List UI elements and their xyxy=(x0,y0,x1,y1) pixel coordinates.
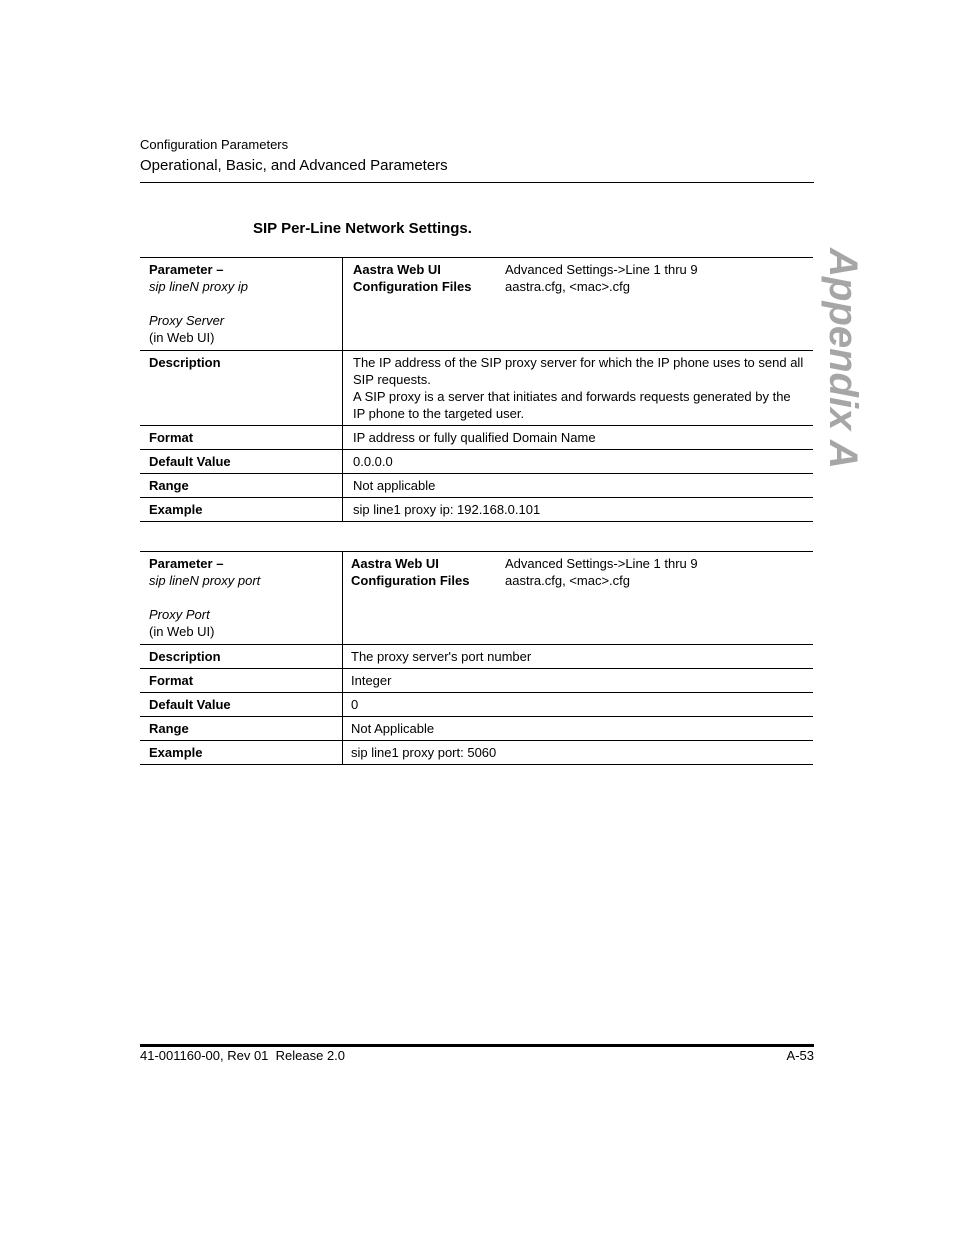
webui-note: (in Web UI) xyxy=(149,329,334,346)
appendix-side-tab: Appendix A xyxy=(822,248,862,468)
row-label: Description xyxy=(140,351,343,426)
parameter-label: Parameter – xyxy=(149,261,334,278)
table-row: Format IP address or fully qualified Dom… xyxy=(140,426,813,450)
row-value: The IP address of the SIP proxy server f… xyxy=(343,351,814,426)
row-value: The proxy server's port number xyxy=(343,645,814,669)
table-row-parameter: Parameter – sip lineN proxy port Proxy P… xyxy=(140,552,813,645)
row-value: Not applicable xyxy=(343,474,814,498)
footer-page-number: A-53 xyxy=(787,1048,814,1063)
description-text: The IP address of the SIP proxy server f… xyxy=(353,354,805,388)
row-value: IP address or fully qualified Domain Nam… xyxy=(343,426,814,450)
row-label: Range xyxy=(140,717,343,741)
table-row: Range Not applicable xyxy=(140,474,813,498)
parameter-label: Parameter – xyxy=(149,555,334,572)
footer-divider xyxy=(140,1044,814,1047)
meta-value-web-ui: Advanced Settings->Line 1 thru 9 xyxy=(505,555,805,572)
row-label: Description xyxy=(140,645,343,669)
table-row: Default Value 0 xyxy=(140,693,813,717)
section-title: SIP Per-Line Network Settings. xyxy=(253,220,472,237)
parameter-name: sip lineN proxy ip xyxy=(149,278,334,295)
parameter-cell: Parameter – sip lineN proxy port Proxy P… xyxy=(140,552,343,645)
parameter-meta-cell: Aastra Web UI Advanced Settings->Line 1 … xyxy=(343,552,814,645)
row-value: sip line1 proxy port: 5060 xyxy=(343,741,814,765)
meta-key-config-files: Configuration Files xyxy=(351,572,505,589)
table-row: Default Value 0.0.0.0 xyxy=(140,450,813,474)
parameter-table-proxy-port: Parameter – sip lineN proxy port Proxy P… xyxy=(140,551,813,765)
table-row: Description The IP address of the SIP pr… xyxy=(140,351,813,426)
row-value: 0.0.0.0 xyxy=(343,450,814,474)
parameter-name: sip lineN proxy port xyxy=(149,572,334,589)
table-row: Description The proxy server's port numb… xyxy=(140,645,813,669)
row-value: Not Applicable xyxy=(343,717,814,741)
table-row-parameter: Parameter – sip lineN proxy ip Proxy Ser… xyxy=(140,258,813,351)
parameter-cell: Parameter – sip lineN proxy ip Proxy Ser… xyxy=(140,258,343,351)
header-section: Operational, Basic, and Advanced Paramet… xyxy=(140,157,448,174)
table-row: Example sip line1 proxy ip: 192.168.0.10… xyxy=(140,498,813,522)
row-label: Default Value xyxy=(140,450,343,474)
appendix-label: Appendix A xyxy=(820,248,865,469)
row-label: Range xyxy=(140,474,343,498)
row-label: Example xyxy=(140,498,343,522)
parameter-table-proxy-ip: Parameter – sip lineN proxy ip Proxy Ser… xyxy=(140,257,813,522)
meta-key-config-files: Configuration Files xyxy=(353,278,505,295)
row-label: Example xyxy=(140,741,343,765)
row-value: sip line1 proxy ip: 192.168.0.101 xyxy=(343,498,814,522)
table-row: Example sip line1 proxy port: 5060 xyxy=(140,741,813,765)
meta-key-web-ui: Aastra Web UI xyxy=(351,555,505,572)
table-row: Range Not Applicable xyxy=(140,717,813,741)
webui-note: (in Web UI) xyxy=(149,623,334,640)
webui-name: Proxy Server xyxy=(149,312,334,329)
row-value: 0 xyxy=(343,693,814,717)
description-text-2: A SIP proxy is a server that initiates a… xyxy=(353,388,805,422)
row-label: Format xyxy=(140,426,343,450)
meta-key-web-ui: Aastra Web UI xyxy=(353,261,505,278)
footer-doc-id: 41-001160-00, Rev 01 Release 2.0 xyxy=(140,1048,345,1063)
meta-value-config-files: aastra.cfg, <mac>.cfg xyxy=(505,278,805,295)
header-chapter: Configuration Parameters xyxy=(140,137,288,152)
webui-name: Proxy Port xyxy=(149,606,334,623)
row-label: Format xyxy=(140,669,343,693)
row-value: Integer xyxy=(343,669,814,693)
header-divider xyxy=(140,182,814,183)
row-label: Default Value xyxy=(140,693,343,717)
meta-value-config-files: aastra.cfg, <mac>.cfg xyxy=(505,572,805,589)
parameter-meta-cell: Aastra Web UI Advanced Settings->Line 1 … xyxy=(343,258,814,351)
meta-value-web-ui: Advanced Settings->Line 1 thru 9 xyxy=(505,261,805,278)
table-row: Format Integer xyxy=(140,669,813,693)
